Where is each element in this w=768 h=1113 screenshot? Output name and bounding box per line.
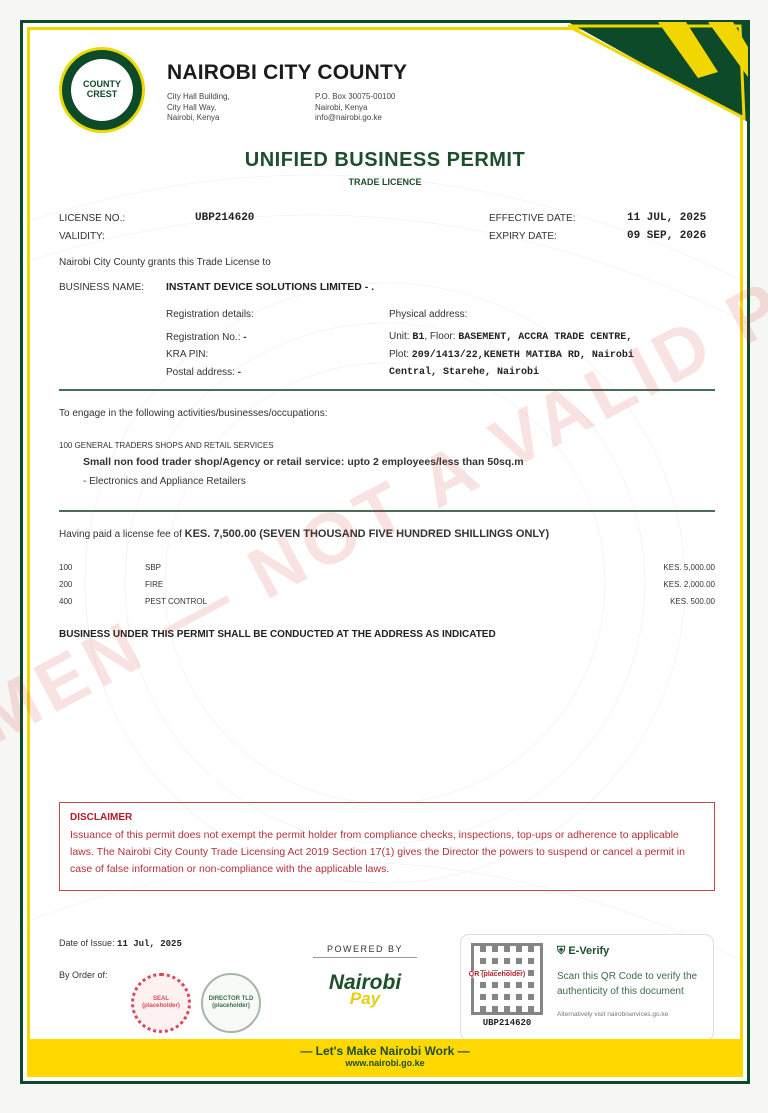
physical-address-line-1: Unit: B1, Floor: BASEMENT, ACCRA TRADE C… (389, 331, 632, 343)
fee-row: 200FIREKES. 2,000.00 (59, 580, 715, 594)
org-name: NAIROBI CITY COUNTY (167, 61, 407, 85)
footer-website: www.nairobi.go.ke (27, 1058, 743, 1068)
seal-stamp-icon: SEAL (placeholder) (131, 973, 191, 1033)
nairobi-pay-logo: Nairobi Pay (313, 971, 417, 1009)
e-verify-alt-link: Alternatively visit nairobiservices.go.k… (557, 1011, 668, 1018)
qr-code-text: UBP214620 (469, 1018, 545, 1028)
county-crest-icon: COUNTY CREST (59, 47, 145, 133)
postal-address: Postal address: - (166, 367, 241, 378)
corner-decoration (568, 22, 748, 122)
activities-intro: To engage in the following activities/bu… (59, 408, 328, 419)
director-stamp-icon: DIRECTOR TLD (placeholder) (201, 973, 261, 1033)
activity-description: Small non food trader shop/Agency or ret… (83, 456, 524, 468)
e-verify-panel: QR (placeholder) UBP214620 ⛨ E-Verify Sc… (460, 934, 714, 1041)
section-divider (59, 510, 715, 512)
issue-date: Date of Issue: 11 Jul, 2025 (59, 938, 182, 949)
effective-date-label: EFFECTIVE DATE: (489, 213, 576, 224)
grant-text: Nairobi City County grants this Trade Li… (59, 257, 271, 268)
activity-sub-item: - Electronics and Appliance Retailers (83, 476, 246, 487)
shield-check-icon: ⛨ (557, 945, 565, 957)
document-title: UNIFIED BUSINESS PERMIT (23, 149, 747, 172)
physical-address-line-2: Plot: 209/1413/22,KENETH MATIBA RD, Nair… (389, 349, 634, 361)
license-number: UBP214620 (195, 212, 254, 224)
license-number-label: LICENSE NO.: (59, 213, 125, 224)
header: COUNTY CREST NAIROBI CITY COUNTY City Ha… (59, 47, 539, 137)
address-right: P.O. Box 30075-00100Nairobi, Kenyainfo@n… (315, 92, 395, 124)
footer-tagline: — Let's Make Nairobi Work — (27, 1044, 743, 1058)
document-subtitle: TRADE LICENCE (23, 177, 747, 187)
disclaimer-title: DISCLAIMER (70, 812, 704, 823)
disclaimer-box: DISCLAIMER Issuance of this permit does … (59, 802, 715, 891)
fee-summary: Having paid a license fee of KES. 7,500.… (59, 528, 549, 540)
registration-heading: Registration details: (166, 309, 254, 320)
expiry-date-label: EXPIRY DATE: (489, 231, 557, 242)
powered-by-label: POWERED BY (313, 944, 417, 958)
fee-row: 400PEST CONTROLKES. 500.00 (59, 597, 715, 611)
permit-document: SPECIMEN — NOT A VALID PERMIT COUNTY CRE… (20, 20, 750, 1084)
kra-pin: KRA PIN: (166, 349, 208, 360)
e-verify-body: Scan this QR Code to verify the authenti… (557, 969, 707, 999)
section-divider (59, 389, 715, 391)
qr-code-icon (471, 943, 543, 1015)
footer-band: — Let's Make Nairobi Work — www.nairobi.… (27, 1039, 743, 1077)
activity-category: 100 GENERAL TRADERS SHOPS AND RETAIL SER… (59, 441, 274, 450)
physical-heading: Physical address: (389, 309, 467, 320)
business-name: INSTANT DEVICE SOLUTIONS LIMITED - . (166, 281, 374, 293)
e-verify-title: ⛨ E-Verify (557, 945, 609, 958)
fee-row: 100SBPKES. 5,000.00 (59, 563, 715, 577)
by-order-label: By Order of: (59, 970, 108, 980)
disclaimer-body: Issuance of this permit does not exempt … (70, 827, 704, 878)
registration-no: Registration No.: - (166, 332, 247, 343)
effective-date: 11 JUL, 2025 (627, 212, 706, 224)
expiry-date: 09 SEP, 2026 (627, 230, 706, 242)
validity-label: VALIDITY: (59, 231, 105, 242)
address-left: City Hall Building,City Hall Way,Nairobi… (167, 92, 230, 124)
physical-address-line-3: Central, Starehe, Nairobi (389, 367, 539, 378)
address-condition: BUSINESS UNDER THIS PERMIT SHALL BE COND… (59, 629, 496, 640)
business-name-label: BUSINESS NAME: (59, 282, 144, 293)
